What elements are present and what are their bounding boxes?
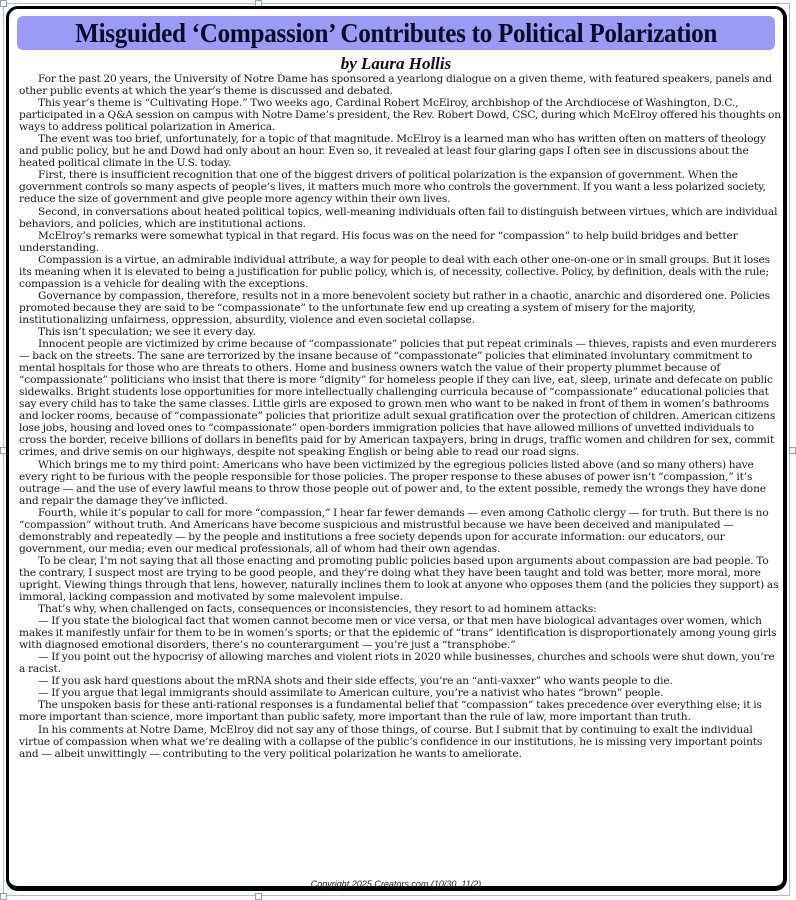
paragraph: For the past 20 years, the University of… [19,73,781,97]
article-body: For the past 20 years, the University of… [19,73,781,760]
paragraph: In his comments at Notre Dame, McElroy d… [19,724,781,760]
title-banner: Misguided ‘Compassion’ Contributes to Po… [17,16,775,50]
paragraph: Governance by compassion, therefore, res… [19,290,781,326]
paragraph: McElroy’s remarks were somewhat typical … [19,230,781,254]
paragraph: Compassion is a virtue, an admirable ind… [19,254,781,290]
paragraph: The event was too brief, unfortunately, … [19,133,781,169]
paragraph: This year’s theme is “Cultivating Hope.”… [19,97,781,133]
paragraph: Fourth, while it’s popular to call for m… [19,507,781,555]
paragraph: Innocent people are victimized by crime … [19,338,781,458]
paragraph: First, there is insufficient recognition… [19,169,781,205]
article-title: Misguided ‘Compassion’ Contributes to Po… [75,18,717,49]
list-item: — If you point out the hypocrisy of allo… [19,651,781,675]
paragraph: Second, in conversations about heated po… [19,206,781,230]
list-item: — If you state the biological fact that … [19,615,781,651]
resize-handle-bottom-left[interactable] [0,893,7,900]
copyright-notice: Copyright 2025 Creators.com (10/30, 11/2… [9,879,783,889]
list-item: — If you argue that legal immigrants sho… [19,687,781,699]
byline: by Laura Hollis [9,54,783,74]
resize-handle-top-left[interactable] [0,0,7,7]
paragraph: The unspoken basis for these anti-ration… [19,699,781,723]
paragraph: That’s why, when challenged on facts, co… [19,603,781,615]
resize-handle-bottom[interactable] [255,893,262,900]
paragraph: Which brings me to my third point: Ameri… [19,459,781,507]
article-box: Misguided ‘Compassion’ Contributes to Po… [6,6,787,891]
paragraph: To be clear, I’m not saying that all tho… [19,555,781,603]
paragraph: This isn’t speculation; we see it every … [19,326,781,338]
resize-handle-right[interactable] [789,447,796,454]
list-item: — If you ask hard questions about the mR… [19,675,781,687]
